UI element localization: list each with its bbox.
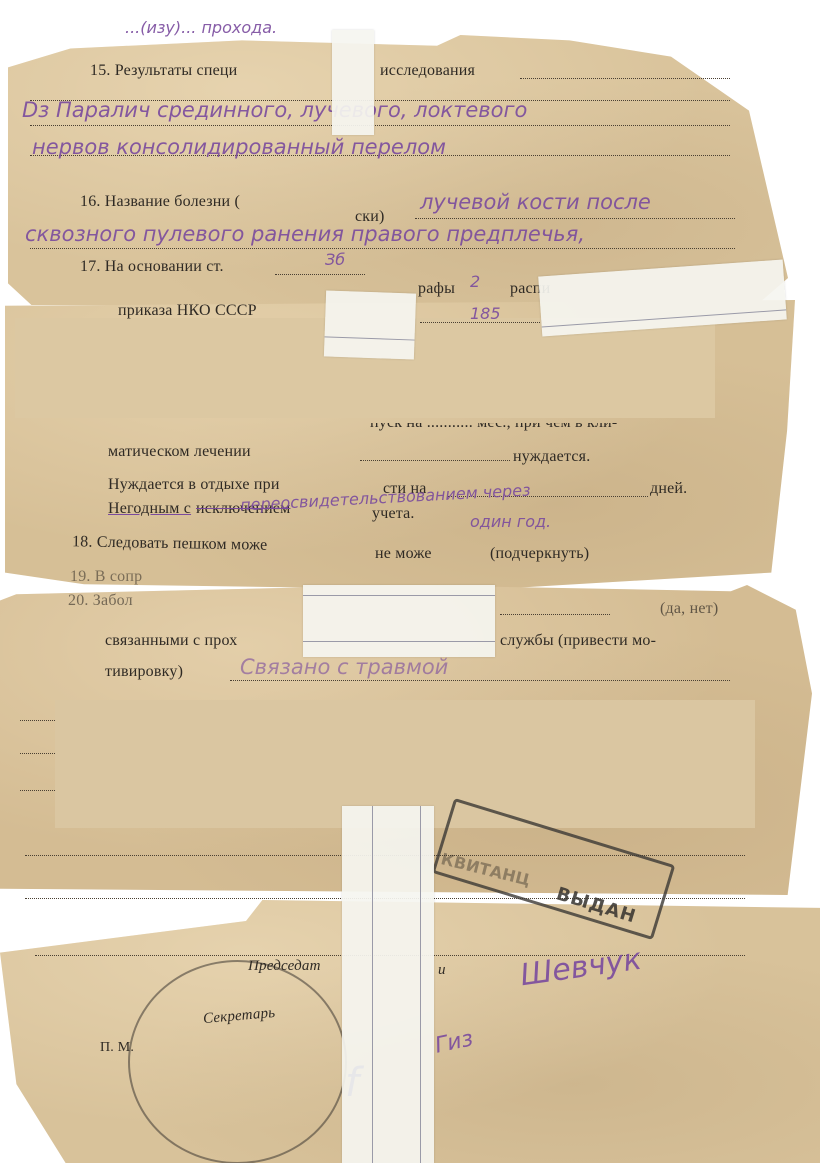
days-label: дней. [650,480,687,498]
handwritten-diagnosis-4: сквозного пулевого ранения правого предп… [25,222,585,246]
motivation-label: тивировку) [105,663,183,681]
tape-strip [324,290,416,359]
item-17-label: 17. На основании ст. [80,258,224,276]
item-20-yes-no: (да, нет) [660,600,718,618]
fill-line [20,790,55,791]
handwritten-motivation: Связано с травмой [240,655,448,679]
handwritten-diagnosis-1: Dз Паралич срединного, лучевого, локтево… [22,98,527,122]
tape-strip [303,585,495,657]
item-18-label: 18. Следовать пешком може [72,533,268,554]
item-15-label: 15. Результаты специ [90,62,237,80]
handwritten-reexam-period: один год. [470,512,551,531]
tape-strip [342,806,434,1163]
handwritten-order-number: 185 [470,304,501,323]
connected-label: связанными с прох [105,632,237,650]
fill-line [360,460,510,461]
service-label: службы (привести мо- [500,632,656,650]
fill-line [415,218,735,219]
rest-label: Нуждается в отдыхе при [108,476,280,494]
needs-label: нуждается. [513,448,590,466]
chairman-label: Председат [248,958,321,975]
registry-label: учета. [372,505,415,523]
pm-label: П. М. [100,1040,134,1056]
item-15-label-cont: исследования [380,62,475,80]
tape-strip [332,30,374,135]
item-16-label: 16. Название болезни ( [80,193,240,211]
handwritten-paragraph: 2 [470,272,480,291]
fill-line [275,274,365,275]
handwritten-diagnosis-2: нервов консолидированный перелом [32,135,446,159]
item-18-note: (подчеркнуть) [490,545,589,563]
unfit-label: Негодным с [108,500,191,518]
item-17-paragraph-label: рафы [418,280,455,298]
round-seal-stamp [128,960,347,1163]
item-18-option: не може [375,545,432,563]
item-20-label: 20. Забол [68,592,133,610]
fill-line [30,248,735,249]
fill-line [500,614,610,615]
fill-line [520,78,730,79]
handwritten-top-fragment: ...(изу)... прохода. [125,18,277,37]
handwritten-diagnosis-3: лучевой кости после [420,190,651,214]
fill-line [20,720,55,721]
item-19-label: 19. В сопр [70,568,142,586]
climatic-treatment-label: матическом лечении [108,443,251,461]
fill-line [30,125,730,126]
fill-line [20,753,55,754]
handwritten-article-number: Зб [325,250,345,269]
fill-line [230,680,730,681]
order-label: приказа НКО СССР [118,302,257,320]
fill-line [420,322,540,323]
chairman-label-end: и [438,962,446,979]
